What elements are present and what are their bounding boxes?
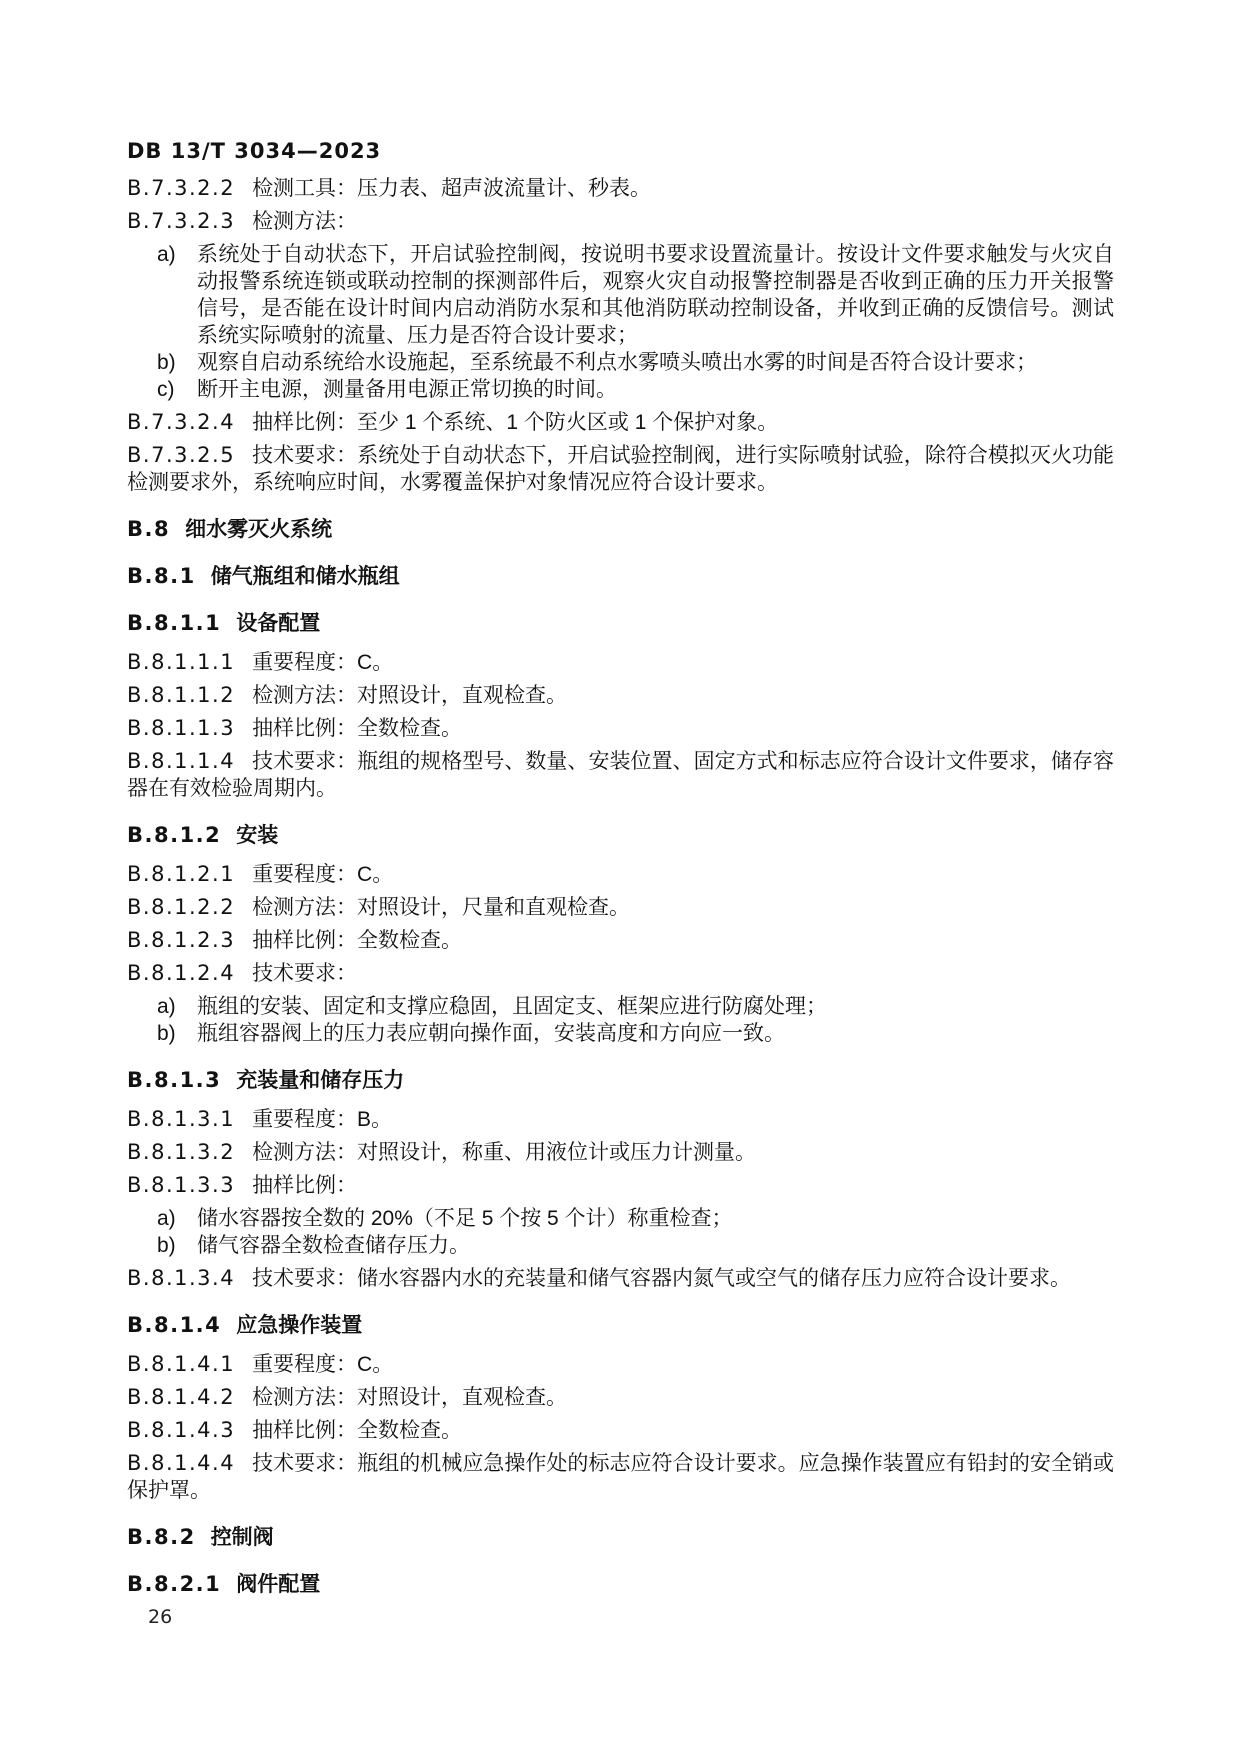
clause-number: B.8.1.4.2 (127, 1385, 235, 1409)
clause-paragraph: B.8.1.4.1重要程度：C。 (127, 1351, 1114, 1378)
clause-text: 细水雾灭火系统 (185, 518, 332, 541)
page-number: 26 (148, 1605, 172, 1629)
clause-text: 检测方法：对照设计，尺量和直观检查。 (252, 896, 630, 919)
standard-number-header: DB 13/T 3034—2023 (127, 138, 1114, 165)
list-item-label: a) (157, 993, 197, 1020)
clause-text: 技术要求：瓶组的规格型号、数量、安装位置、固定方式和标志应符合设计文件要求，储存… (127, 750, 1114, 800)
clause-text: 充装量和储存压力 (236, 1069, 404, 1092)
clause-text: 检测方法： (252, 210, 357, 233)
clause-number: B.8.1.2.3 (127, 928, 235, 952)
document-content: DB 13/T 3034—2023 B.7.3.2.2检测工具：压力表、超声波流… (127, 138, 1114, 1610)
document-body: B.7.3.2.2检测工具：压力表、超声波流量计、秒表。B.7.3.2.3检测方… (127, 175, 1114, 1598)
clause-text: 技术要求：系统处于自动状态下，开启试验控制阀，进行实际喷射试验，除符合模拟灭火功… (127, 444, 1114, 494)
clause-number: B.8.1.1.2 (127, 683, 235, 707)
list-item-text: 观察自启动系统给水设施起，至系统最不利点水雾喷头喷出水雾的时间是否符合设计要求； (197, 349, 1114, 376)
clause-text: 安装 (236, 824, 278, 847)
list-item-label: a) (157, 241, 197, 349)
clause-text: 检测工具：压力表、超声波流量计、秒表。 (252, 177, 651, 200)
section-heading: B.8.1储气瓶组和储水瓶组 (127, 563, 1114, 590)
section-heading: B.8.1.4应急操作装置 (127, 1312, 1114, 1339)
section-heading: B.8.1.1设备配置 (127, 610, 1114, 637)
clause-number: B.8.2 (127, 1525, 196, 1549)
clause-paragraph: B.7.3.2.3检测方法： (127, 208, 1114, 235)
clause-paragraph: B.8.1.1.1重要程度：C。 (127, 649, 1114, 676)
list-item-text: 瓶组容器阀上的压力表应朝向操作面，安装高度和方向应一致。 (197, 1020, 1114, 1047)
list-item: a)瓶组的安装、固定和支撑应稳固，且固定支、框架应进行防腐处理； (127, 993, 1114, 1020)
clause-paragraph: B.8.1.3.2检测方法：对照设计，称重、用液位计或压力计测量。 (127, 1139, 1114, 1166)
clause-paragraph: B.8.1.4.2检测方法：对照设计，直观检查。 (127, 1384, 1114, 1411)
list-item-label: b) (157, 1232, 197, 1259)
clause-number: B.8.1.4.1 (127, 1352, 235, 1376)
clause-number: B.8.1.3.2 (127, 1140, 235, 1164)
clause-text: 重要程度：C。 (252, 863, 393, 886)
clause-number: B.8 (127, 517, 170, 541)
clause-paragraph: B.8.1.3.3抽样比例： (127, 1172, 1114, 1199)
clause-number: B.8.1.1.4 (127, 749, 235, 773)
list-item: b)储气容器全数检查储存压力。 (127, 1232, 1114, 1259)
clause-number: B.7.3.2.2 (127, 176, 235, 200)
list-item-text: 断开主电源，测量备用电源正常切换的时间。 (197, 376, 1114, 403)
clause-paragraph: B.7.3.2.4抽样比例：至少 1 个系统、1 个防火区或 1 个保护对象。 (127, 409, 1114, 436)
list-item: a)储水容器按全数的 20%（不足 5 个按 5 个计）称重检查； (127, 1205, 1114, 1232)
clause-paragraph: B.8.1.2.2检测方法：对照设计，尺量和直观检查。 (127, 894, 1114, 921)
list-item-text: 瓶组的安装、固定和支撑应稳固，且固定支、框架应进行防腐处理； (197, 993, 1114, 1020)
clause-text: 应急操作装置 (236, 1314, 362, 1337)
list-item: b)观察自启动系统给水设施起，至系统最不利点水雾喷头喷出水雾的时间是否符合设计要… (127, 349, 1114, 376)
list-item-label: b) (157, 1020, 197, 1047)
section-heading: B.8.1.3充装量和储存压力 (127, 1067, 1114, 1094)
clause-paragraph: B.8.1.2.3抽样比例：全数检查。 (127, 927, 1114, 954)
clause-text: 抽样比例：全数检查。 (252, 929, 462, 952)
clause-text: 重要程度：C。 (252, 1353, 393, 1376)
clause-text: 控制阀 (211, 1526, 274, 1549)
list-item-text: 储水容器按全数的 20%（不足 5 个按 5 个计）称重检查； (197, 1205, 1114, 1232)
clause-number: B.7.3.2.3 (127, 209, 235, 233)
clause-paragraph: B.8.1.3.1重要程度：B。 (127, 1106, 1114, 1133)
clause-paragraph: B.8.1.1.4技术要求：瓶组的规格型号、数量、安装位置、固定方式和标志应符合… (127, 748, 1114, 802)
list-item: c)断开主电源，测量备用电源正常切换的时间。 (127, 376, 1114, 403)
lettered-list: a)系统处于自动状态下，开启试验控制阀，按说明书要求设置流量计。按设计文件要求触… (127, 241, 1114, 403)
clause-text: 抽样比例：全数检查。 (252, 717, 462, 740)
clause-number: B.8.1 (127, 564, 196, 588)
clause-text: 阀件配置 (236, 1573, 320, 1596)
clause-paragraph: B.8.1.1.2检测方法：对照设计，直观检查。 (127, 682, 1114, 709)
clause-paragraph: B.8.1.4.4技术要求：瓶组的机械应急操作处的标志应符合设计要求。应急操作装… (127, 1450, 1114, 1504)
clause-number: B.8.1.4.4 (127, 1451, 235, 1475)
clause-paragraph: B.8.1.3.4技术要求：储水容器内水的充装量和储气容器内氮气或空气的储存压力… (127, 1265, 1114, 1292)
clause-paragraph: B.8.1.2.1重要程度：C。 (127, 861, 1114, 888)
clause-text: 技术要求：储水容器内水的充装量和储气容器内氮气或空气的储存压力应符合设计要求。 (252, 1267, 1071, 1290)
section-heading: B.8.2控制阀 (127, 1524, 1114, 1551)
clause-text: 抽样比例： (252, 1174, 357, 1197)
list-item: b)瓶组容器阀上的压力表应朝向操作面，安装高度和方向应一致。 (127, 1020, 1114, 1047)
clause-text: 储气瓶组和储水瓶组 (211, 565, 400, 588)
clause-text: 抽样比例：全数检查。 (252, 1419, 462, 1442)
clause-text: 技术要求：瓶组的机械应急操作处的标志应符合设计要求。应急操作装置应有铅封的安全销… (127, 1452, 1114, 1502)
clause-number: B.8.1.1 (127, 611, 221, 635)
clause-text: 检测方法：对照设计，直观检查。 (252, 1386, 567, 1409)
lettered-list: a)储水容器按全数的 20%（不足 5 个按 5 个计）称重检查；b)储气容器全… (127, 1205, 1114, 1259)
clause-number: B.8.1.2.2 (127, 895, 235, 919)
lettered-list: a)瓶组的安装、固定和支撑应稳固，且固定支、框架应进行防腐处理；b)瓶组容器阀上… (127, 993, 1114, 1047)
clause-number: B.8.1.3 (127, 1068, 221, 1092)
list-item: a)系统处于自动状态下，开启试验控制阀，按说明书要求设置流量计。按设计文件要求触… (127, 241, 1114, 349)
clause-paragraph: B.8.1.4.3抽样比例：全数检查。 (127, 1417, 1114, 1444)
clause-text: 检测方法：对照设计，称重、用液位计或压力计测量。 (252, 1141, 756, 1164)
clause-number: B.8.1.3.3 (127, 1173, 235, 1197)
clause-paragraph: B.7.3.2.5技术要求：系统处于自动状态下，开启试验控制阀，进行实际喷射试验… (127, 442, 1114, 496)
clause-number: B.8.1.1.3 (127, 716, 235, 740)
list-item-text: 储气容器全数检查储存压力。 (197, 1232, 1114, 1259)
section-heading: B.8细水雾灭火系统 (127, 516, 1114, 543)
document-page: DB 13/T 3034—2023 B.7.3.2.2检测工具：压力表、超声波流… (0, 0, 1240, 1755)
clause-number: B.8.1.3.1 (127, 1107, 235, 1131)
clause-text: 检测方法：对照设计，直观检查。 (252, 684, 567, 707)
list-item-label: b) (157, 349, 197, 376)
section-heading: B.8.2.1阀件配置 (127, 1571, 1114, 1598)
clause-number: B.8.1.4 (127, 1313, 221, 1337)
clause-number: B.8.2.1 (127, 1572, 221, 1596)
clause-number: B.7.3.2.5 (127, 443, 235, 467)
clause-paragraph: B.8.1.1.3抽样比例：全数检查。 (127, 715, 1114, 742)
clause-text: 重要程度：C。 (252, 651, 393, 674)
clause-number: B.8.1.2.1 (127, 862, 235, 886)
clause-number: B.8.1.1.1 (127, 650, 235, 674)
section-heading: B.8.1.2安装 (127, 822, 1114, 849)
clause-number: B.8.1.2.4 (127, 961, 235, 985)
clause-paragraph: B.7.3.2.2检测工具：压力表、超声波流量计、秒表。 (127, 175, 1114, 202)
clause-text: 设备配置 (236, 612, 320, 635)
list-item-label: a) (157, 1205, 197, 1232)
clause-paragraph: B.8.1.2.4技术要求： (127, 960, 1114, 987)
clause-text: 技术要求： (252, 962, 357, 985)
clause-number: B.7.3.2.4 (127, 410, 235, 434)
list-item-text: 系统处于自动状态下，开启试验控制阀，按说明书要求设置流量计。按设计文件要求触发与… (197, 241, 1114, 349)
clause-text: 重要程度：B。 (252, 1108, 392, 1131)
clause-number: B.8.1.2 (127, 823, 221, 847)
clause-number: B.8.1.3.4 (127, 1266, 235, 1290)
clause-text: 抽样比例：至少 1 个系统、1 个防火区或 1 个保护对象。 (252, 411, 778, 434)
clause-number: B.8.1.4.3 (127, 1418, 235, 1442)
list-item-label: c) (157, 376, 197, 403)
